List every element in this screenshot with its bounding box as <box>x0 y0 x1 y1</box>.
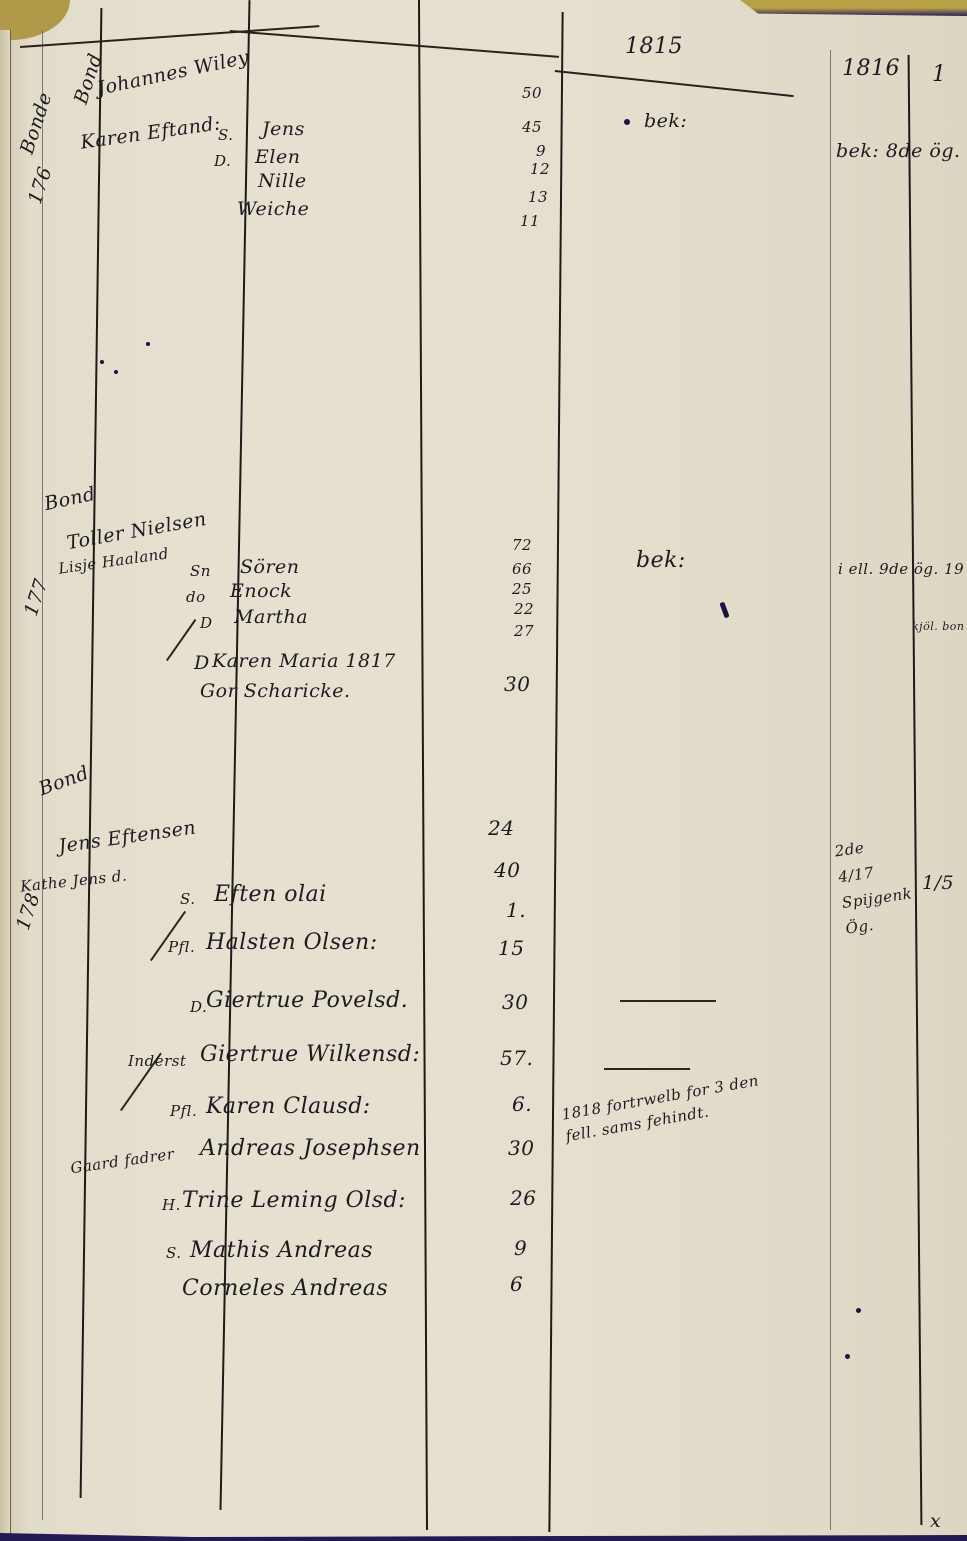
page-bottom-shadow <box>0 1531 967 1541</box>
household-3-age: 40 <box>494 858 520 882</box>
household-3-note-1816: 2de 4/17 Spijgenk Ög. <box>833 830 907 941</box>
household-3-age: 24 <box>488 816 514 840</box>
household-3-member-role: H. <box>162 1196 181 1214</box>
household-3-note-far-right: 1/5 <box>922 872 954 894</box>
note-dash <box>620 1000 716 1002</box>
household-3-member-name: Giertrue Povelsd. <box>206 988 408 1013</box>
household-2-member-role: D <box>200 614 213 632</box>
column-rule-far-right <box>908 55 923 1525</box>
household-1-margin-note: Bonde <box>16 90 57 157</box>
household-2-note-far-right: kjöl. bon <box>912 620 964 633</box>
household-3-status: Bond <box>36 762 92 800</box>
household-1-margin-year: 176 <box>24 164 57 207</box>
household-3-member-name: Trine Leming Olsd: <box>182 1188 406 1213</box>
household-1-age: 9 <box>536 142 546 160</box>
page-top-shadow <box>740 0 967 16</box>
header-line-mid <box>230 30 559 58</box>
ink-speck <box>845 1354 850 1359</box>
household-3-member-name: Eften olai <box>214 882 327 907</box>
household-3-member-name: Mathis Andreas <box>190 1238 373 1263</box>
household-1-member-name: Johannes Wiley <box>95 46 251 100</box>
household-2-age: 22 <box>514 600 534 618</box>
ink-speck <box>114 370 118 374</box>
household-2-member-name: Toller Nielsen <box>65 508 208 554</box>
household-3-member-name: Karen Clausd: <box>206 1094 371 1119</box>
ink-blot <box>624 119 630 125</box>
household-3-member-role: Pfl. <box>168 938 195 956</box>
household-2-age: 25 <box>512 580 532 598</box>
ink-blot <box>719 602 729 619</box>
household-2-member-role: D <box>194 652 210 674</box>
household-3-age: 30 <box>508 1136 534 1160</box>
household-3-member-role: D. <box>190 998 207 1016</box>
household-1-member-role: D. <box>214 152 231 170</box>
household-3-member-name: Andreas Josephsen <box>200 1136 421 1161</box>
household-2-note-1815: bek: <box>636 548 686 573</box>
household-1-age: 45 <box>522 118 542 136</box>
ink-speck <box>856 1308 861 1313</box>
note-dash <box>604 1068 690 1070</box>
household-3-margin-year: 178 <box>12 890 45 933</box>
header-line-right <box>555 70 794 97</box>
ink-speck <box>100 360 104 364</box>
household-2-age: 30 <box>504 672 530 696</box>
household-2-margin-year: 177 <box>20 576 53 619</box>
household-1-member-name: Nille <box>258 170 307 192</box>
column-rule-age-left <box>418 0 428 1530</box>
bracket-stroke <box>166 619 196 661</box>
household-2-age: 27 <box>514 622 534 640</box>
household-3-age: 30 <box>502 990 528 1014</box>
household-3-member-name: Kathe Jens d. <box>19 866 128 895</box>
household-3-member-name: Corneles Andreas <box>182 1276 388 1301</box>
household-3-age: 6. <box>512 1092 532 1116</box>
household-3-age: 6 <box>510 1272 523 1296</box>
household-3-age: 9 <box>514 1236 527 1260</box>
household-3-age: 15 <box>498 936 524 960</box>
household-1-age: 13 <box>528 188 548 206</box>
household-2-member-name: Martha <box>234 606 308 628</box>
household-1-note-1815: bek: <box>644 110 687 132</box>
household-3-age: 57. <box>500 1046 533 1070</box>
column-rule-status <box>80 8 103 1498</box>
household-3-member-role: S. <box>166 1244 182 1262</box>
household-2-member-name: Gor Scharicke. <box>200 680 351 702</box>
household-2-member-name: Sören <box>240 556 300 578</box>
household-1-note-1816: bek: 8de ög. <box>836 140 961 162</box>
household-2-member-name: Enock <box>230 580 292 602</box>
binding-spine <box>0 30 11 1541</box>
household-1-age: 50 <box>522 84 542 102</box>
corner-mark: x <box>930 1510 941 1532</box>
column-rule-1816 <box>830 50 831 1530</box>
household-1-member-name: Weiche <box>237 198 309 220</box>
household-3-note-1815: 1818 fortrwelb for 3 den fell. sams fehi… <box>560 1066 784 1148</box>
household-3-member-name: Giertrue Wilkensd: <box>200 1042 420 1067</box>
register-page: 1815 1816 1 176 Bonde Bond Johannes Wile… <box>0 0 967 1541</box>
household-2-member-role: do <box>186 588 206 606</box>
household-1-member-role: S. <box>218 126 234 144</box>
household-2-member-name: Karen Maria 1817 <box>212 650 396 672</box>
household-1-age: 12 <box>530 160 550 178</box>
column-header-1815: 1815 <box>625 34 683 59</box>
household-3-member-role: S. <box>180 890 196 908</box>
column-header-far-right: 1 <box>932 62 947 87</box>
household-3-member-name: Halsten Olsen: <box>206 930 378 955</box>
household-2-status: Bond <box>42 483 97 515</box>
household-2-age: 72 <box>512 536 532 554</box>
column-rule-age-right <box>548 12 563 1532</box>
household-2-note-1816: i ell. 9de ög. 19 <box>838 560 964 578</box>
household-3-member-role: Pfl. <box>170 1102 197 1120</box>
column-header-1816: 1816 <box>842 56 900 81</box>
household-1-age: 11 <box>520 212 540 230</box>
household-2-age: 66 <box>512 560 532 578</box>
household-3-age: 1. <box>506 898 526 922</box>
household-1-member-name: Jens <box>262 118 305 140</box>
household-1-member-name: Elen <box>255 146 300 168</box>
household-2-member-role: Sn <box>190 562 211 580</box>
household-3-age: 26 <box>510 1186 536 1210</box>
household-3-member-name: Jens Eftensen <box>57 816 197 857</box>
ink-speck <box>146 342 150 346</box>
header-line-left <box>20 25 319 48</box>
column-rule-margin <box>42 30 43 1520</box>
